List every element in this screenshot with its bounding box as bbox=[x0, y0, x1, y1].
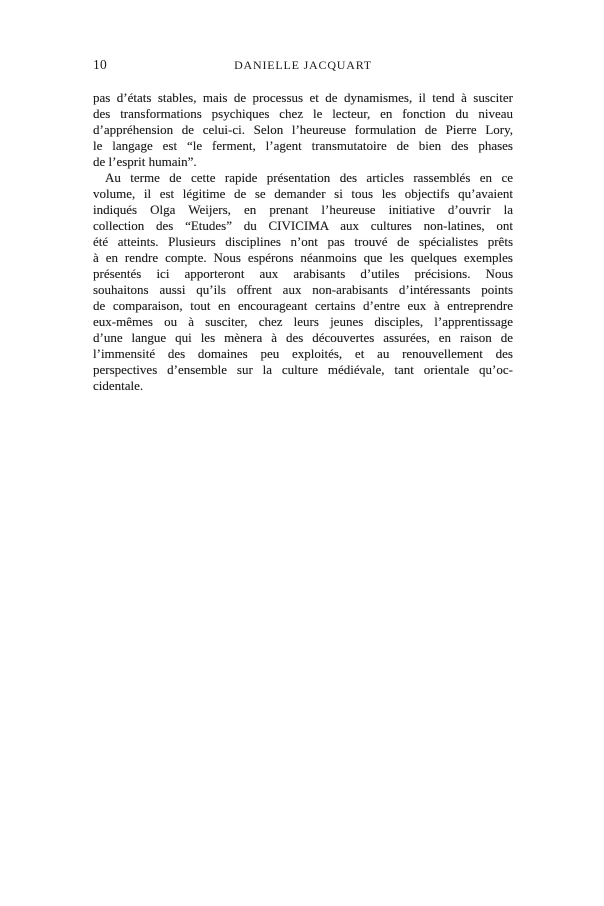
text-line: d’appréhension de celui-ci. Selon l’heur… bbox=[93, 122, 513, 138]
running-header: DANIELLE JACQUART bbox=[93, 58, 513, 73]
text-line: d’une langue qui les mènera à des découv… bbox=[93, 330, 513, 346]
text-line: pas d’états stables, mais de processus e… bbox=[93, 90, 513, 106]
text-line: cidentale. bbox=[93, 378, 513, 394]
body-text: pas d’états stables, mais de processus e… bbox=[93, 90, 513, 394]
text-line: des transformations psychiques chez le l… bbox=[93, 106, 513, 122]
text-line: collection des “Etudes” du CIVICIMA aux … bbox=[93, 218, 513, 234]
text-line: indiqués Olga Weijers, en prenant l’heur… bbox=[93, 202, 513, 218]
text-line: eux-mêmes ou à susciter, chez leurs jeun… bbox=[93, 314, 513, 330]
text-line: volume, il est légitime de se demander s… bbox=[93, 186, 513, 202]
text-line: l’immensité des domaines peu exploités, … bbox=[93, 346, 513, 362]
text-line: été atteints. Plusieurs disciplines n’on… bbox=[93, 234, 513, 250]
text-line: perspectives d’ensemble sur la culture m… bbox=[93, 362, 513, 378]
text-line: à en rendre compte. Nous espérons néanmo… bbox=[93, 250, 513, 266]
text-line: le langage est “le ferment, l’agent tran… bbox=[93, 138, 513, 154]
text-line: Au terme de cette rapide présentation de… bbox=[93, 170, 513, 186]
book-page: 10 DANIELLE JACQUART pas d’états stables… bbox=[0, 0, 604, 906]
text-line: de comparaison, tout en encourageant cer… bbox=[93, 298, 513, 314]
text-line: de l’esprit humain”. bbox=[93, 154, 513, 170]
text-line: présentés ici apporteront aux arabisants… bbox=[93, 266, 513, 282]
page-column: 10 DANIELLE JACQUART pas d’états stables… bbox=[93, 57, 513, 394]
page-header: 10 DANIELLE JACQUART bbox=[93, 57, 513, 73]
text-line: souhaitons aussi qu’ils offrent aux non-… bbox=[93, 282, 513, 298]
